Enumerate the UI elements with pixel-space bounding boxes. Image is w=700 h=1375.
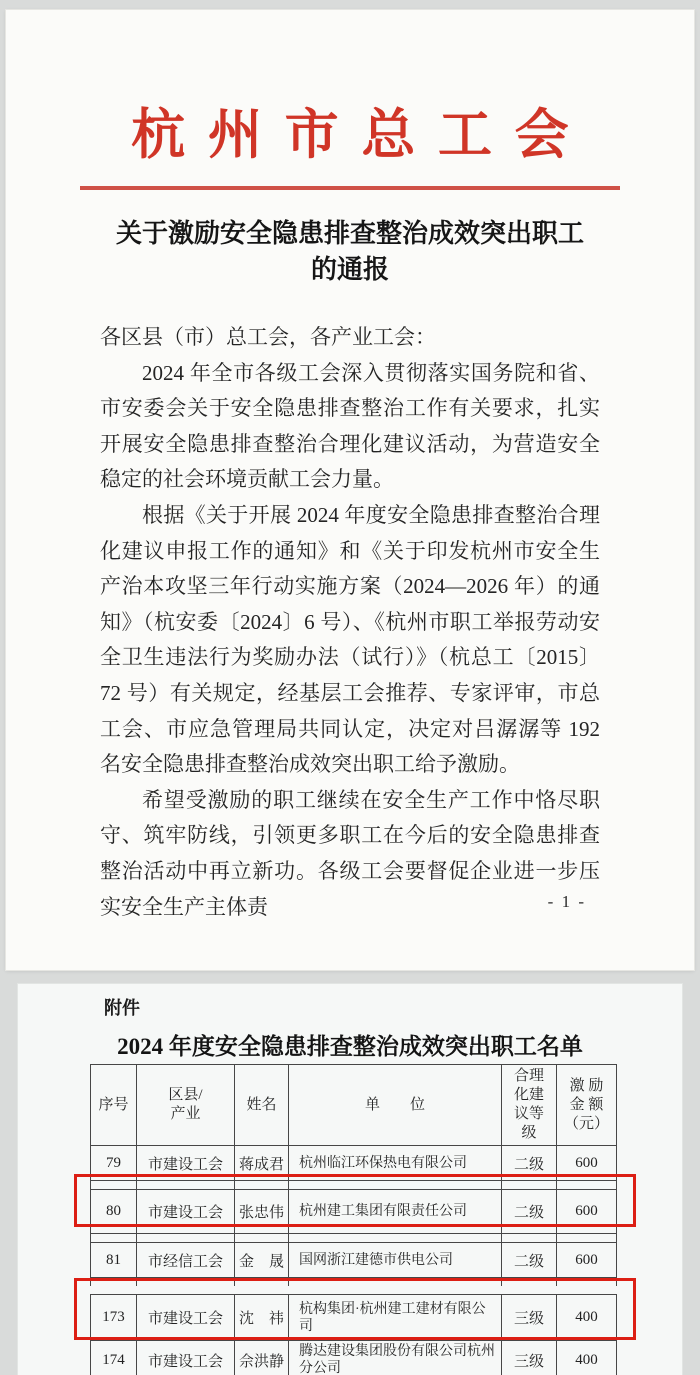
page-number: - 1 - xyxy=(548,892,586,912)
header-grade: 合理 化建 议等 级 xyxy=(502,1065,557,1146)
cell-name: 金 晟 xyxy=(235,1243,289,1278)
cell-serial: 81 xyxy=(91,1243,137,1278)
table-header-row: 序号 区县/ 产业 姓名 单 位 合理 化建 议等 级 激 励 金 额 （元） xyxy=(91,1065,617,1146)
table-row: 81 市经信工会 金 晟 国网浙江建德市供电公司 二级 600 xyxy=(91,1243,617,1278)
cell-amount: 600 xyxy=(557,1243,617,1278)
cell-district: 市建设工会 xyxy=(137,1341,235,1375)
letterhead-title: 杭州市总工会 xyxy=(6,98,694,172)
page-1: 杭州市总工会 关于激励安全隐患排查整治成效突出职工的通报 各区县（市）总工会，各… xyxy=(6,10,694,970)
header-unit: 单 位 xyxy=(289,1065,502,1146)
body-paragraph: 希望受激励的职工继续在安全生产工作中恪尽职守、筑牢防线，引领更多职工在今后的安全… xyxy=(100,783,600,925)
roster-table-title: 2024 年度安全隐患排查整治成效突出职工名单 xyxy=(18,1028,682,1061)
cell-grade: 三级 xyxy=(502,1341,557,1375)
scanned-document-viewer: 杭州市总工会 关于激励安全隐患排查整治成效突出职工的通报 各区县（市）总工会，各… xyxy=(0,0,700,1375)
body-paragraph: 2024 年全市各级工会深入贯彻落实国务院和省、市安委会关于安全隐患排查整治工作… xyxy=(100,356,600,498)
document-body: 各区县（市）总工会，各产业工会： 2024 年全市各级工会深入贯彻落实国务院和省… xyxy=(100,320,600,925)
header-serial: 序号 xyxy=(91,1065,137,1146)
body-paragraph: 根据《关于开展 2024 年度安全隐患排查整治合理化建议申报工作的通知》和《关于… xyxy=(100,498,600,783)
highlight-box-row-80 xyxy=(74,1174,636,1227)
table-spacer-row xyxy=(91,1234,617,1243)
salutation-line: 各区县（市）总工会，各产业工会： xyxy=(100,320,600,356)
page-2: 附件 2024 年度安全隐患排查整治成效突出职工名单 序号 区县/ 产业 姓名 … xyxy=(18,984,682,1375)
cell-name: 佘洪静 xyxy=(235,1341,289,1375)
cell-unit: 腾达建设集团股份有限公司杭州分公司 xyxy=(289,1341,502,1375)
document-title: 关于激励安全隐患排查整治成效突出职工的通报 xyxy=(109,216,591,288)
cell-grade: 二级 xyxy=(502,1243,557,1278)
cell-district: 市经信工会 xyxy=(137,1243,235,1278)
table-row: 174 市建设工会 佘洪静 腾达建设集团股份有限公司杭州分公司 三级 400 xyxy=(91,1341,617,1375)
header-district: 区县/ 产业 xyxy=(137,1065,235,1146)
attachment-label: 附件 xyxy=(104,994,140,1020)
cell-unit: 国网浙江建德市供电公司 xyxy=(289,1243,502,1278)
header-name: 姓名 xyxy=(235,1065,289,1146)
letterhead-divider xyxy=(80,186,620,190)
highlight-box-row-173 xyxy=(74,1278,636,1340)
cell-amount: 400 xyxy=(557,1341,617,1375)
header-amount: 激 励 金 额 （元） xyxy=(557,1065,617,1146)
cell-serial: 174 xyxy=(91,1341,137,1375)
